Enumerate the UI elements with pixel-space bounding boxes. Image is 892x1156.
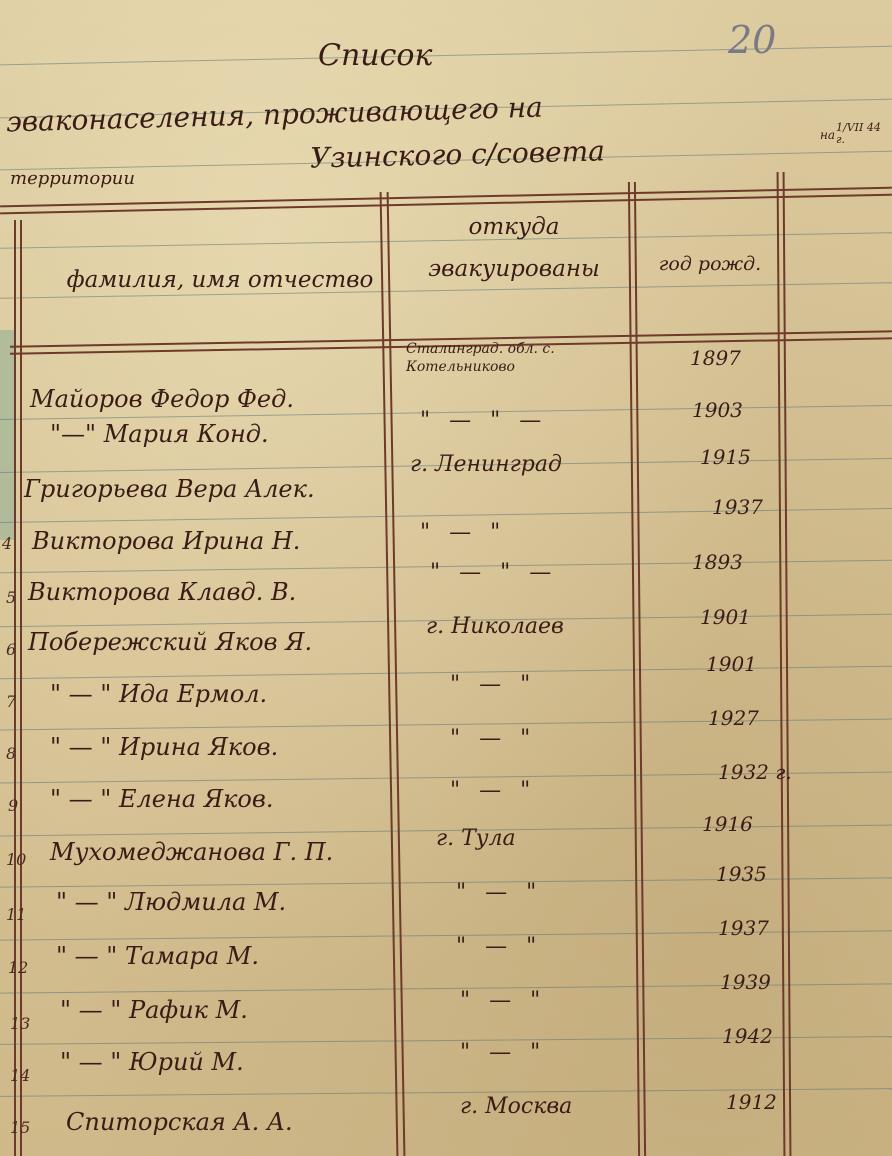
row-origin: " — " xyxy=(450,726,536,751)
row-year: 1893 xyxy=(692,550,743,574)
row-origin: " — " xyxy=(450,672,536,697)
row-number: 14 xyxy=(10,1066,30,1085)
row-name: Григорьева Вера Алек. xyxy=(24,475,315,503)
document-subtitle-prefix: территории xyxy=(10,168,135,189)
row-origin: " — " xyxy=(456,880,542,905)
row-name: Викторова Клавд. В. xyxy=(28,578,296,606)
row-origin: г. Ленинград xyxy=(410,452,562,477)
row-year: 1912 xyxy=(726,1090,777,1114)
row-name: " — " Ида Ермол. xyxy=(50,680,267,708)
row-year: 1903 xyxy=(692,398,743,422)
row-origin: " — " xyxy=(456,934,542,959)
row-origin: " — " xyxy=(450,778,536,803)
row-origin: " — " xyxy=(460,988,546,1013)
row-year: 1916 xyxy=(702,812,753,836)
row-origin: " — " xyxy=(460,1040,546,1065)
row-number: 11 xyxy=(6,905,26,924)
row-origin: г. Николаев xyxy=(426,614,564,639)
row-number: 5 xyxy=(6,588,16,607)
document-title: Список xyxy=(318,38,432,73)
margin-strip xyxy=(0,330,14,540)
row-name: Майоров Федор Фед. xyxy=(30,385,294,413)
row-year: 1901 xyxy=(700,605,751,629)
row-number: 6 xyxy=(6,640,16,659)
column-header-name: фамилия, имя отчество xyxy=(60,258,380,302)
row-number: 7 xyxy=(6,692,16,711)
row-year: 1935 xyxy=(716,862,767,886)
row-year: 1939 xyxy=(720,970,771,994)
column-header-origin: откуда эвакуированы xyxy=(404,206,624,290)
row-number: 8 xyxy=(6,744,16,763)
row-number: 15 xyxy=(10,1118,30,1137)
row-origin: " — " — xyxy=(430,560,557,585)
row-name: " — " Людмила М. xyxy=(56,888,286,916)
row-year: 1937 xyxy=(712,495,763,519)
row-name: " — " Елена Яков. xyxy=(50,785,273,813)
row-year: 1915 xyxy=(700,445,751,469)
row-number: 10 xyxy=(6,850,26,869)
row-year: 1942 xyxy=(722,1024,773,1048)
row-origin: " — " xyxy=(420,520,506,545)
row-name: Викторова Ирина Н. xyxy=(32,527,300,555)
row-name: "—" Мария Конд. xyxy=(50,420,269,448)
row-origin: Сталинград. обл. с. Котельниково xyxy=(406,340,626,376)
page-number: 20 xyxy=(728,18,776,62)
row-name: Побережский Яков Я. xyxy=(28,628,312,656)
row-name: Мухомеджанова Г. П. xyxy=(50,838,333,866)
row-origin: г. Тула xyxy=(436,826,516,851)
row-number: 13 xyxy=(10,1014,30,1033)
document-date: 1/VII 44 г. xyxy=(836,122,886,146)
date-prefix: на xyxy=(820,128,835,142)
row-number: 4 xyxy=(2,534,12,553)
row-name: " — " Рафик М. xyxy=(60,996,248,1024)
row-origin: " — " — xyxy=(420,408,547,433)
row-year: 1901 xyxy=(706,652,757,676)
row-name: " — " Юрий М. xyxy=(60,1048,244,1076)
row-origin: г. Москва xyxy=(460,1094,572,1119)
row-number: 9 xyxy=(8,796,18,815)
row-name: " — " Тамара М. xyxy=(56,942,259,970)
row-name: Спиторская А. А. xyxy=(66,1108,293,1136)
row-year: 1932 г. xyxy=(718,760,792,784)
row-year: 1897 xyxy=(690,346,741,370)
row-number: 12 xyxy=(8,958,28,977)
row-year: 1937 xyxy=(718,916,769,940)
row-year: 1927 xyxy=(708,706,759,730)
column-header-year: год рожд. xyxy=(650,248,770,280)
row-name: " — " Ирина Яков. xyxy=(50,733,278,761)
